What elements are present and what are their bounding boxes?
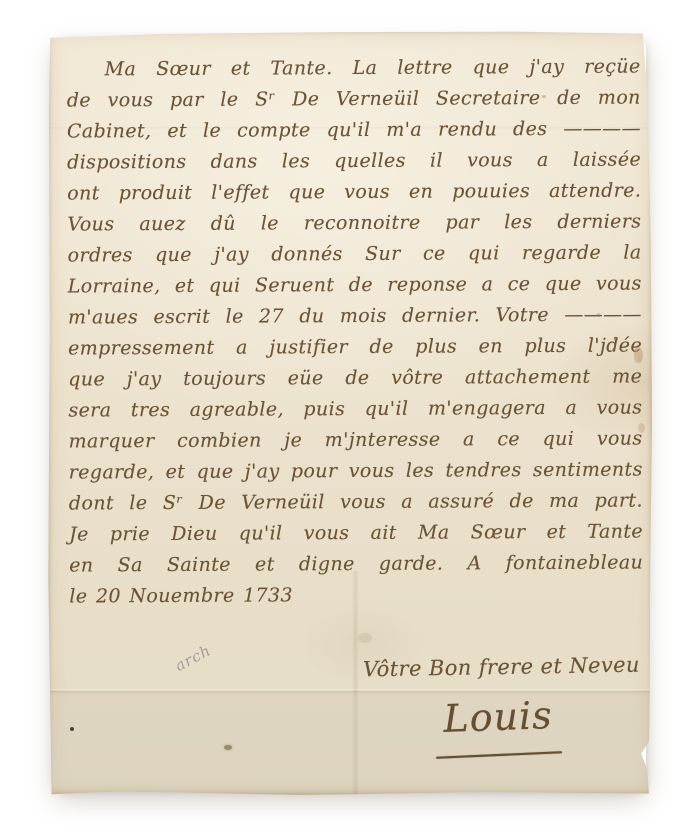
letter-line: Lorraine, et qui Seruent de reponse a ce… [68,268,642,302]
letter-line: Je prie Dieu qu'il vous ait Ma Sœur et T… [69,516,643,550]
letter-line: Cabinet, et le compte qu'il m'a rendu de… [67,114,641,148]
letter-line: regarde, et que j'ay pour vous les tendr… [69,454,643,488]
letter-line: de vous par le Sʳ De Verneüil Secretaire… [67,83,641,117]
foxing-spot [634,347,643,363]
foxing-spot [358,633,372,643]
below-fold-shading [48,694,652,795]
letter-line: empressement a justifier de plus en plus… [68,330,642,364]
letter-line: Ma Sœur et Tante. La lettre que j'ay reç… [67,52,641,86]
foxing-spot [638,423,645,433]
vertical-fold [352,571,359,795]
foxing-spot [224,745,232,750]
foxing-spot [542,95,546,98]
pencil-annotation: arch [172,641,214,675]
foxing-spot [614,337,618,341]
letter-line: m'aues escrit le 27 du mois dernier. Vot… [68,299,642,333]
letter-line: que j'ay toujours eüe de vôtre attacheme… [68,361,642,395]
letter-line: ordres que j'ay donnés Sur ce qui regard… [68,237,642,271]
letter-line: ont produit l'effet que vous en pouuies … [67,175,641,209]
letter-line: dont le Sʳ De Verneüil vous a assuré de … [69,485,643,519]
foxing-spot [70,727,74,731]
letter-body: Ma Sœur et Tante. La lettre que j'ay reç… [67,52,644,613]
letter-line: Vous auez dû le reconnoitre par les dern… [67,206,641,240]
manuscript-letter-paper: Ma Sœur et Tante. La lettre que j'ay reç… [48,31,652,795]
letter-line: marquer combien je m'jnteresse a ce qui … [68,423,642,457]
letter-line: sera tres agreable, puis qu'il m'engager… [68,392,642,426]
letter-line: dispositions dans les quelles il vous a … [67,144,641,178]
foxing-spot [596,313,601,317]
photo-stage: Ma Sœur et Tante. La lettre que j'ay reç… [0,0,700,831]
closing-line: Vôtre Bon frere et Neveu [363,653,640,682]
